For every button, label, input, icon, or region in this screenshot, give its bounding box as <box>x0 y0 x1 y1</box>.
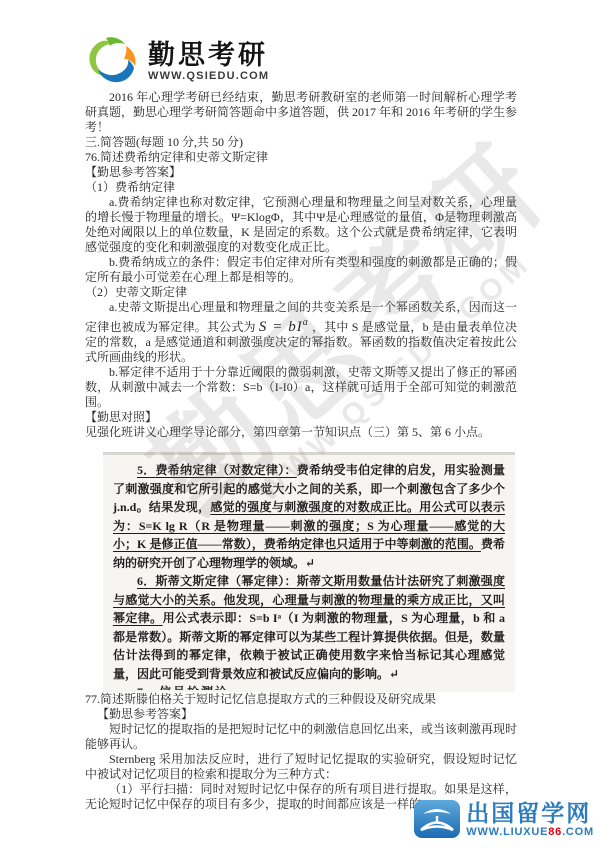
scan-item6-seg2: 用公式表示即：S=b Iᵃ（I 为刺激的物理量，S 为心理量，b 和 a 都是常… <box>113 611 505 681</box>
q76-compare-text: 见强化班讲义心理学导论部分，第四章第一节知识点（三）第 5、第 6 小点。 <box>85 425 517 440</box>
brand-name: 勤思考研 <box>148 41 269 69</box>
scan-item5: 5．费希纳定律（对数定律）：费希纳受韦伯定律的启发，用实验测量了刺激强度和它所引… <box>113 461 505 572</box>
q76-part2-a: a.史蒂文斯提出心理量和物理量之间的共变关系是一个幂函数关系，因而这一定律也被成… <box>85 300 517 365</box>
formula-base: S = bI <box>259 319 303 335</box>
q76-compare-label: 【勤思对照】 <box>85 410 517 425</box>
q76-part2-heading: （2）史蒂文斯定律 <box>85 285 517 300</box>
q76-part1-b: b.费希纳成立的条件：假定韦伯定律对所有类型和强度的刺激都是正确的；假定所有最小… <box>85 255 517 285</box>
q76-part1-heading: （1）费希纳定律 <box>85 180 517 195</box>
question-76-title: 76.简述费希纳定律和史蒂文斯定律 <box>85 150 517 165</box>
q77-p1: 短时记忆的提取指的是把短时记忆中的刺激信息回忆出来，或当该刺激再现时能够再认。 <box>85 722 517 752</box>
scan-item5-heading: 5．费希纳定律（对数定律）： <box>137 463 297 477</box>
scan-clipped-line: 7．信号检测论 <box>137 683 505 690</box>
footer-site-name: 出国留学网 <box>466 802 594 825</box>
q76-part2-b: b.幂定律不适用于十分靠近阈限的微弱刺激，史蒂文斯等又提出了修正的幂函数，从刺激… <box>85 365 517 410</box>
brand-url: WWW.QSIEDU.COM <box>148 70 269 82</box>
power-law-formula: S = bIa <box>256 319 312 335</box>
footer-site-url: WWW.LIUXUE86.COM <box>466 826 594 838</box>
q76-part1-a: a.费希纳定律也称对数定律，它预测心理量和物理量之间呈对数关系，心理量的增长慢于… <box>85 195 517 255</box>
scan-item6-heading: 6．斯蒂文斯定律（幂定律）： <box>137 574 297 588</box>
formula-exponent: a <box>303 317 309 328</box>
q76-answer-label: 【勤思参考答案】 <box>85 165 517 180</box>
qinsi-logo-icon <box>86 36 142 86</box>
document-body: 2016 年心理学考研已经结束，勤思考研教研室的老师第一时间解析心理学考研真题，… <box>85 90 517 812</box>
textbook-scan-excerpt: 5．费希纳定律（对数定律）：费希纳受韦伯定律的启发，用实验测量了刺激强度和它所引… <box>103 452 515 692</box>
footer-url-number: 86 <box>548 826 562 838</box>
scan-item6: 6．斯蒂文斯定律（幂定律）：斯蒂文斯用数量估计法研究了刺激强度与感觉大小的关系。… <box>113 572 505 683</box>
q77-p2: Sternberg 采用加法反应时，进行了短时记忆提取的实验研究，假设短时记忆中… <box>85 752 517 782</box>
footer-logo[interactable]: 出国留学网 WWW.LIUXUE86.COM <box>413 799 594 841</box>
footer-url-suffix: .COM <box>562 826 594 838</box>
footer-url-prefix: WWW.LIUXUE <box>466 826 548 838</box>
section-heading: 三.简答题(每题 10 分,共 50 分) <box>85 135 517 150</box>
q77-answer-label: 【勤思参考答案】 <box>85 707 517 722</box>
header-logo[interactable]: 勤思考研 WWW.QSIEDU.COM <box>86 36 269 86</box>
liuxue-logo-icon <box>413 799 461 841</box>
question-77-title: 77.简述斯滕伯格关于短时记忆信息提取方式的三种假设及研究成果 <box>85 692 517 707</box>
intro-paragraph: 2016 年心理学考研已经结束，勤思考研教研室的老师第一时间解析心理学考研真题，… <box>85 90 517 135</box>
